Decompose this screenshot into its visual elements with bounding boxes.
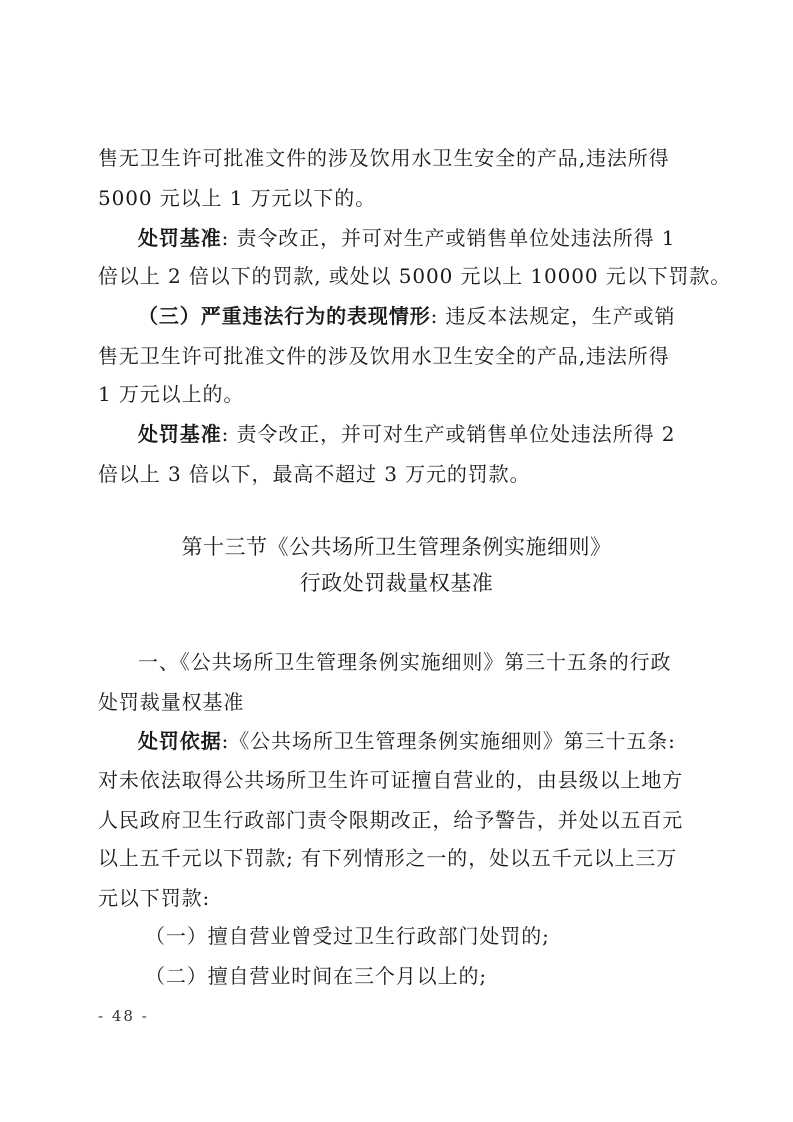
article-heading-cont: 处罚裁量权基准	[98, 688, 698, 716]
penalty-standard-label: 处罚基准	[138, 422, 222, 446]
severe-violation-line: （三）严重违法行为的表现情形: 违反本法规定，生产或销	[138, 302, 738, 330]
paragraph-line: 对未依法取得公共场所卫生许可证擅自营业的，由县级以上地方	[98, 766, 698, 794]
paragraph-line: 售无卫生许可批准文件的涉及饮用水卫生安全的产品,违法所得	[98, 144, 698, 172]
penalty-basis-text: :《公共场所卫生管理条例实施细则》第三十五条:	[222, 729, 676, 753]
penalty-standard-label: 处罚基准	[138, 226, 222, 250]
paragraph-line: 倍以上 2 倍以下的罚款, 或处以 5000 元以上 10000 元以下罚款。	[98, 262, 698, 290]
section-heading-line1: 第十三节《公共场所卫生管理条例实施细则》	[0, 532, 793, 562]
list-item: （二）擅自营业时间在三个月以上的;	[145, 962, 745, 990]
penalty-standard-line: 处罚基准: 责令改正，并可对生产或销售单位处违法所得 1	[138, 224, 738, 252]
penalty-standard-text: : 责令改正，并可对生产或销售单位处违法所得 2	[222, 422, 676, 446]
penalty-standard-text: : 责令改正，并可对生产或销售单位处违法所得 1	[222, 226, 676, 250]
paragraph-line: 人民政府卫生行政部门责令限期改正，给予警告，并处以五百元	[98, 806, 698, 834]
penalty-standard-line: 处罚基准: 责令改正，并可对生产或销售单位处违法所得 2	[138, 420, 738, 448]
page-number: - 48 -	[98, 1006, 149, 1026]
paragraph-line: 以上五千元以下罚款; 有下列情形之一的，处以五千元以上三万	[98, 844, 698, 872]
paragraph-line: 1 万元以上的。	[98, 380, 698, 408]
paragraph-line: 售无卫生许可批准文件的涉及饮用水卫生安全的产品,违法所得	[98, 342, 698, 370]
list-item: （一）擅自营业曾受过卫生行政部门处罚的;	[145, 922, 745, 950]
paragraph-line: 倍以上 3 倍以下，最高不超过 3 万元的罚款。	[98, 460, 698, 488]
penalty-basis-label: 处罚依据	[138, 729, 222, 753]
article-heading: 一、《公共场所卫生管理条例实施细则》第三十五条的行政	[138, 648, 738, 676]
paragraph-line: 元以下罚款:	[98, 884, 698, 912]
penalty-basis-line: 处罚依据:《公共场所卫生管理条例实施细则》第三十五条:	[138, 727, 738, 755]
document-page: 售无卫生许可批准文件的涉及饮用水卫生安全的产品,违法所得 5000 元以上 1 …	[0, 0, 793, 1122]
section-heading-line2: 行政处罚裁量权基准	[0, 568, 793, 598]
paragraph-line: 5000 元以上 1 万元以下的。	[98, 184, 698, 212]
severe-violation-label: （三）严重违法行为的表现情形	[138, 304, 431, 328]
severe-violation-text: : 违反本法规定，生产或销	[431, 304, 676, 328]
